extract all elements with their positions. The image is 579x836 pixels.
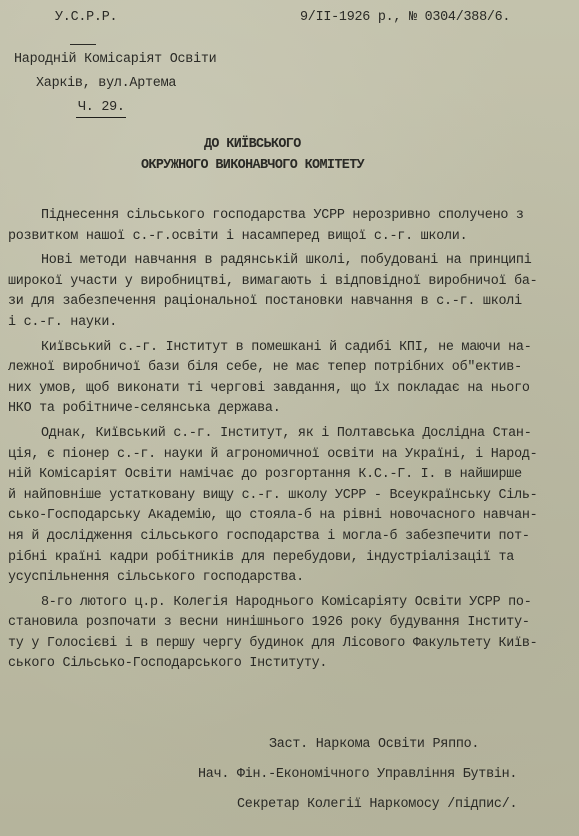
- text-line: ній Комісаріят Освіти намічає до розгорт…: [8, 465, 576, 486]
- addressee-line-1: ДО КИЇВСЬКОГО: [204, 137, 301, 152]
- paragraph: Нові методи навчання в радянській школі,…: [8, 251, 576, 333]
- signature-secretary: Секретар Колегії Наркомосу /підпис/.: [237, 797, 517, 812]
- text-line: розвитком нашої с.-г.освіти і насамперед…: [8, 227, 576, 248]
- text-line: них умов, щоб виконати ті чергові завдан…: [8, 379, 576, 400]
- text-line: становила розпочати з весни нинішнього 1…: [8, 613, 576, 634]
- header-organization: Народній Комісаріят Освіти: [14, 52, 216, 67]
- header-address: Харків, вул.Артема: [36, 76, 176, 91]
- document-page: У.С.Р.Р. 9/II-1926 р., № 0304/388/6. Нар…: [0, 0, 579, 836]
- text-line: 8-го лютого ц.р. Колегія Народнього Комі…: [8, 593, 576, 614]
- text-line: Піднесення сільського господарства УСРР …: [8, 206, 576, 227]
- text-line: й найповніше устатковану вищу с.-г. школ…: [8, 486, 576, 507]
- text-line: Однак, Київський с.-г. Інститут, як і По…: [8, 424, 576, 445]
- header-state: У.С.Р.Р.: [55, 10, 117, 25]
- header-underline: [76, 117, 126, 118]
- header-house-number: Ч. 29.: [78, 100, 125, 115]
- text-line: ня й дослідження сільського господарства…: [8, 527, 576, 548]
- paragraph: 8-го лютого ц.р. Колегія Народнього Комі…: [8, 593, 576, 675]
- text-line: і с.-г. науки.: [8, 313, 576, 334]
- letter-body: Піднесення сільського господарства УСРР …: [8, 206, 576, 675]
- paragraph: Однак, Київський с.-г. Інститут, як і По…: [8, 424, 576, 589]
- text-line: ту у Голосієві і в першу чергу будинок д…: [8, 634, 576, 655]
- text-line: НКО та робітниче-селянська держава.: [8, 399, 576, 420]
- text-line: Київський с.-г. Інститут в помешкані й с…: [8, 338, 576, 359]
- text-line: ція, є піонер с.-г. науки й агрономичної…: [8, 445, 576, 466]
- header-date-number: 9/II-1926 р., № 0304/388/6.: [300, 10, 510, 25]
- text-line: ського Сільсько-Господарського Інституту…: [8, 654, 576, 675]
- text-line: усуспільнення сільського господарства.: [8, 568, 576, 589]
- paragraph: Київський с.-г. Інститут в помешкані й с…: [8, 338, 576, 420]
- signature-finance-head: Нач. Фін.-Економічного Управління Бутвін…: [198, 767, 517, 782]
- text-line: сько-Господарську Академію, що стояла-б …: [8, 506, 576, 527]
- signature-deputy-commissar: Заст. Наркома Освіти Ряппо.: [269, 737, 479, 752]
- addressee-line-2: ОКРУЖНОГО ВИКОНАВЧОГО КОМІТЕТУ: [141, 158, 364, 173]
- text-line: зи для забезпечення раціональної постано…: [8, 292, 576, 313]
- text-line: рібні країні кадри робітників для перебу…: [8, 548, 576, 569]
- text-line: широкої участи у виробництві, вимагають …: [8, 272, 576, 293]
- text-line: лежної виробничої бази біля себе, не має…: [8, 358, 576, 379]
- text-line: Нові методи навчання в радянській школі,…: [8, 251, 576, 272]
- header-divider: [70, 44, 96, 45]
- paragraph: Піднесення сільського господарства УСРР …: [8, 206, 576, 247]
